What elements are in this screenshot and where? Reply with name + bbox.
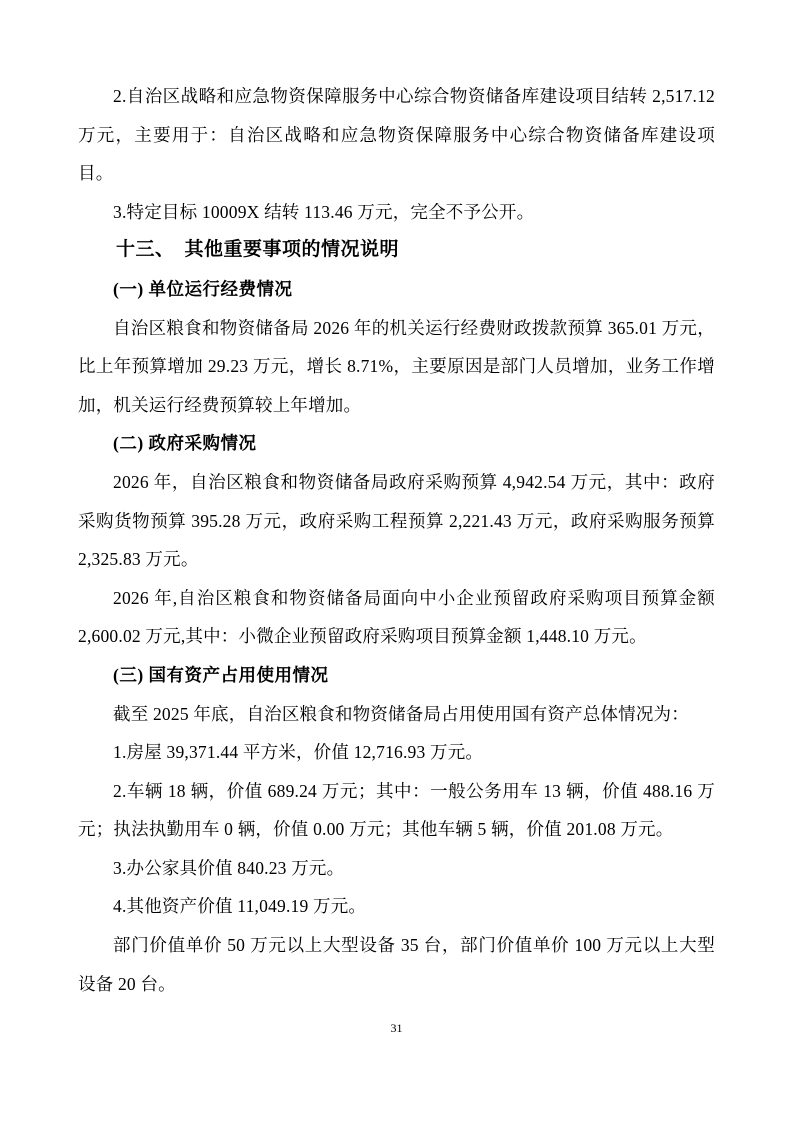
paragraph-procurement-budget: 2026 年，自治区粮食和物资储备局政府采购预算 4,942.54 万元，其中：… — [78, 463, 715, 579]
paragraph-assets-intro: 截至 2025 年底，自治区粮食和物资储备局占用使用国有资产总体情况为： — [78, 695, 715, 734]
document-body: 2.自治区战略和应急物资保障服务中心综合物资储备库建设项目结转 2,517.12… — [78, 77, 715, 1003]
paragraph-operating-expenses: 自治区粮食和物资储备局 2026 年的机关运行经费财政拨款预算 365.01 万… — [78, 309, 715, 425]
list-item-assets-housing: 1.房屋 39,371.44 平方米，价值 12,716.93 万元。 — [78, 733, 715, 772]
subsection-heading-3-state-assets: (三) 国有资产占用使用情况 — [78, 656, 715, 695]
paragraph-large-equipment: 部门价值单价 50 万元以上大型设备 35 台，部门价值单价 100 万元以上大… — [78, 926, 715, 1003]
list-item-assets-other: 4.其他资产价值 11,049.19 万元。 — [78, 887, 715, 926]
document-page: { "page": { "number": "31" }, "doc": { "… — [0, 0, 793, 1122]
subsection-heading-1-operating-expenses: (一) 单位运行经费情况 — [78, 270, 715, 309]
paragraph-carryover-item-2: 2.自治区战略和应急物资保障服务中心综合物资储备库建设项目结转 2,517.12… — [78, 77, 715, 193]
list-item-assets-furniture: 3.办公家具价值 840.23 万元。 — [78, 849, 715, 888]
list-item-assets-vehicles: 2.车辆 18 辆，价值 689.24 万元；其中：一般公务用车 13 辆，价值… — [78, 772, 715, 849]
paragraph-carryover-item-3: 3.特定目标 10009X 结转 113.46 万元，完全不予公开。 — [78, 193, 715, 232]
subsection-heading-2-procurement: (二) 政府采购情况 — [78, 424, 715, 463]
page-number: 31 — [0, 1020, 793, 1036]
paragraph-procurement-sme-reserve: 2026 年,自治区粮食和物资储备局面向中小企业预留政府采购项目预算金额 2,6… — [78, 579, 715, 656]
section-heading-13: 十三、 其他重要事项的情况说明 — [78, 231, 715, 270]
